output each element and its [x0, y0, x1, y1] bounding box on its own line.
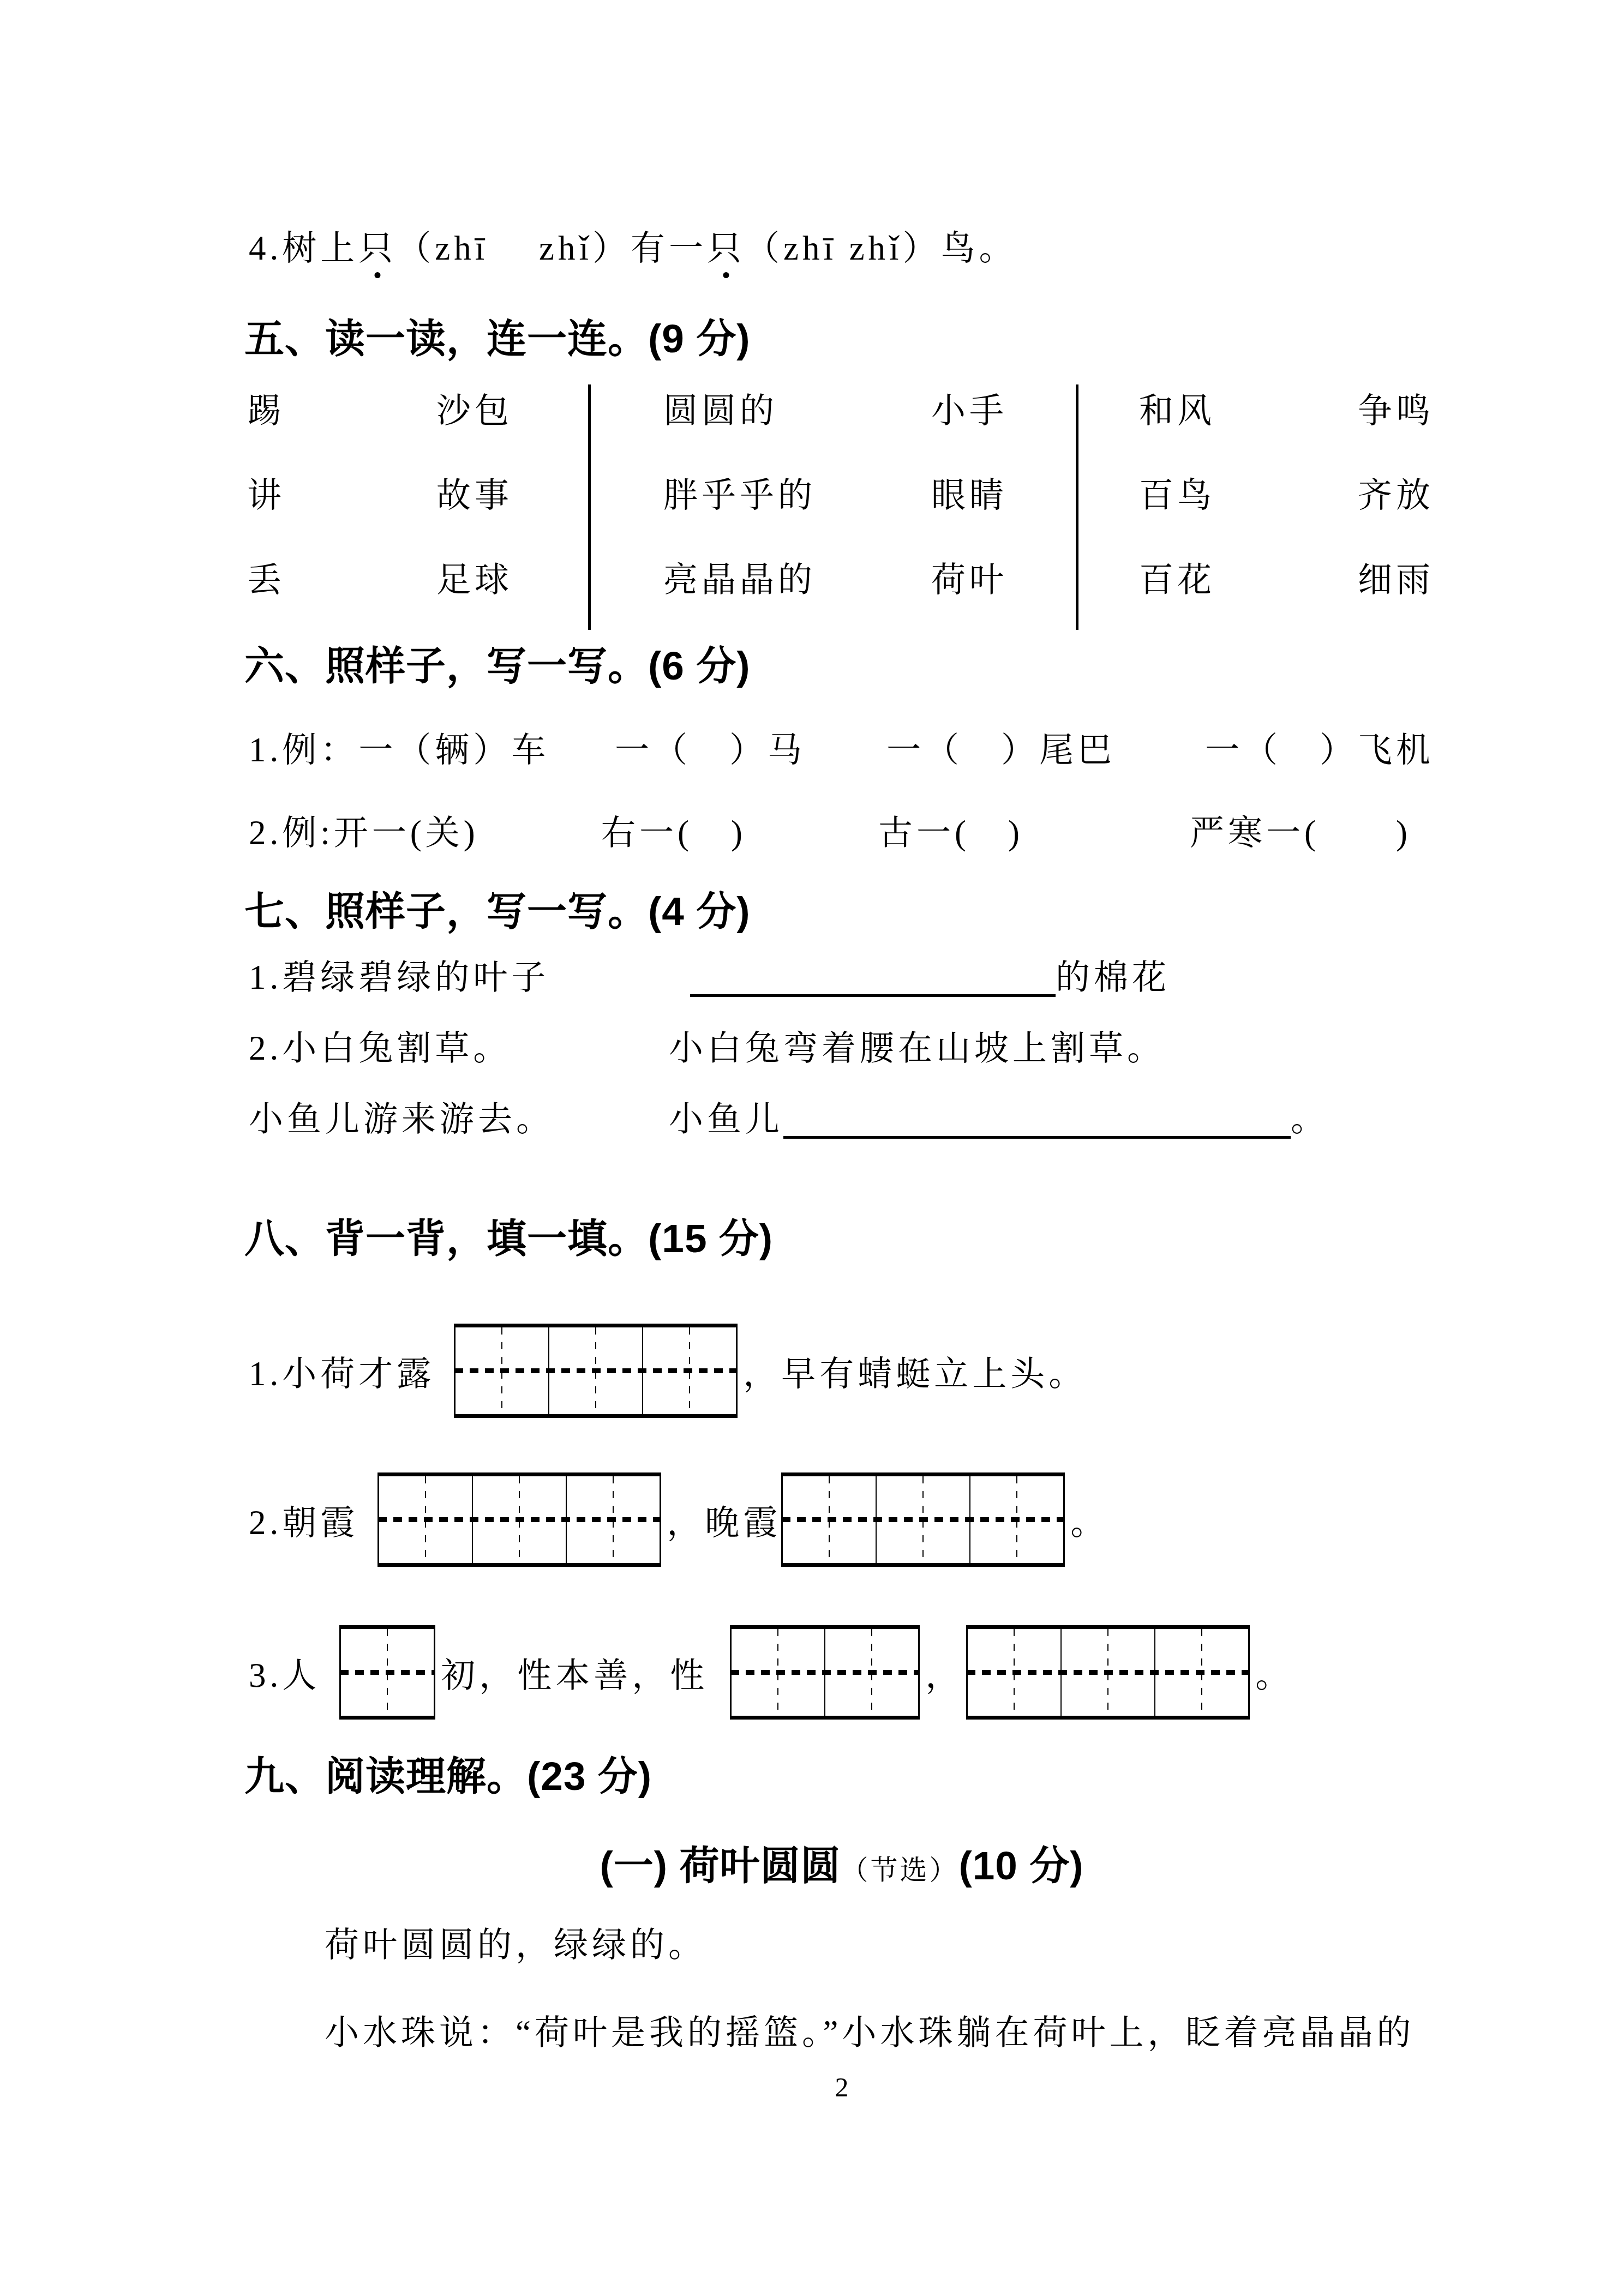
- passage-paragraph-1: 荷叶圆圆的，绿绿的。: [249, 1926, 1457, 1964]
- s6-blank-item: 一（ ）尾巴: [886, 731, 1116, 770]
- s6-blank-item: 一（ ）飞机: [1205, 731, 1434, 770]
- match-word: 百鸟: [1139, 476, 1215, 515]
- question-4-line: 4.树上只（zhī zhǐ）有一只（zhī zhǐ）鸟。: [249, 229, 1017, 268]
- match-word: 争鸣: [1358, 392, 1434, 430]
- passage-title-note: （节选）: [841, 1855, 958, 1885]
- section-8-title: 八、背一背，填一填。(15 分): [244, 1217, 773, 1261]
- match-word: 故事: [436, 476, 513, 515]
- section-6-title: 六、照样子，写一写。(6 分): [244, 645, 751, 688]
- s8-row3-prefix: 3.人: [249, 1648, 320, 1697]
- s7-row3-suffix: 。: [1291, 1100, 1329, 1138]
- writing-grid: [377, 1472, 661, 1567]
- s7-row3-prefix: 小鱼儿: [669, 1100, 783, 1138]
- passage-title-main: (一) 荷叶圆圆: [600, 1844, 841, 1888]
- writing-grid: [781, 1472, 1065, 1567]
- s8-row2-prefix: 2.朝霞: [249, 1495, 358, 1544]
- section-5-title: 五、读一读，连一连。(9 分): [244, 317, 751, 361]
- match-word: 亮晶晶的: [663, 561, 816, 599]
- s8-row1-suffix: ，早有蜻蜓立上头。: [743, 1346, 1087, 1396]
- s7-row3-left: 小鱼儿游来游去。: [249, 1100, 554, 1139]
- s6-blank-item: 严寒一( ): [1190, 814, 1411, 852]
- section-7-title: 七、照样子，写一写。(4 分): [244, 890, 751, 934]
- match-word: 小手: [931, 392, 1008, 430]
- match-word: 沙包: [436, 392, 513, 430]
- page-number: 2: [249, 2071, 1435, 2103]
- s7-row1-suffix: 的棉花: [1056, 958, 1170, 996]
- match-word: 荷叶: [931, 561, 1008, 599]
- grid-center-dashed-line: [782, 1517, 1064, 1522]
- passage-title: (一) 荷叶圆圆（节选）(10 分): [249, 1844, 1435, 1888]
- s7-row1-left: 1.碧绿碧绿的叶子: [249, 958, 549, 997]
- s6-blank-item: 一（ ）马: [615, 731, 806, 770]
- match-word: 踢: [247, 392, 285, 430]
- writing-grid: [339, 1625, 435, 1720]
- match-word: 讲: [247, 476, 285, 515]
- s7-row3-right: 小鱼儿。: [669, 1100, 1329, 1139]
- passage-paragraph-2: 小水珠说：“荷叶是我的摇篮。”小水珠躺在荷叶上，眨着亮晶晶的: [249, 2013, 1457, 2052]
- q4-emphasized-char: 只: [707, 229, 745, 267]
- match-word: 丢: [247, 561, 285, 599]
- exam-paper-page: 4.树上只（zhī zhǐ）有一只（zhī zhǐ）鸟。 五、读一读，连一连。(…: [0, 0, 1624, 2296]
- s8-row3-mid1: 初，性本善，性: [441, 1648, 708, 1697]
- s8-row2-mid: ，晚霞: [667, 1495, 781, 1544]
- grid-center-dashed-line: [340, 1670, 435, 1675]
- match-word: 圆圆的: [663, 392, 778, 430]
- section-9-title: 九、阅读理解。(23 分): [244, 1755, 652, 1799]
- q4-emphasized-char: 只: [358, 229, 397, 267]
- s7-row1-right: 的棉花: [690, 958, 1170, 997]
- match-group-divider: [588, 384, 591, 630]
- match-word: 足球: [436, 561, 513, 599]
- s8-row3-mid2: ，: [925, 1648, 963, 1697]
- match-word: 和风: [1139, 392, 1215, 430]
- grid-center-dashed-line: [378, 1517, 661, 1522]
- match-word: 胖乎乎的: [663, 476, 816, 515]
- grid-center-dashed-line: [730, 1670, 919, 1675]
- s7-row2-right: 小白兔弯着腰在山坡上割草。: [669, 1029, 1165, 1068]
- s8-row-2: 2.朝霞 ，晚霞 。: [249, 1472, 1108, 1567]
- s8-row-3: 3.人 初，性本善，性 ， 。: [249, 1625, 1293, 1720]
- match-word: 百花: [1139, 561, 1215, 599]
- match-word: 眼睛: [931, 476, 1008, 515]
- s6-example-1: 1.例：一（辆）车: [249, 731, 549, 770]
- s6-blank-item: 古一( ): [878, 814, 1023, 852]
- s8-row1-prefix: 1.小荷才露: [249, 1346, 435, 1396]
- match-word: 细雨: [1358, 561, 1434, 599]
- s7-row2-left: 2.小白兔割草。: [249, 1029, 511, 1068]
- s6-example-2: 2.例:开一(关): [249, 814, 479, 852]
- answer-blank-line: [783, 1105, 1291, 1139]
- s6-blank-item: 右一( ): [601, 814, 746, 852]
- grid-center-dashed-line: [454, 1368, 737, 1373]
- s8-row3-suffix: 。: [1255, 1648, 1293, 1697]
- match-word: 齐放: [1358, 476, 1434, 515]
- writing-grid: [966, 1625, 1250, 1720]
- q4-text-part: （zhī zhǐ）有一: [397, 229, 707, 267]
- writing-grid: [454, 1324, 738, 1418]
- writing-grid: [730, 1625, 920, 1720]
- q4-text-part: （zhī zhǐ）鸟。: [745, 229, 1017, 267]
- passage-title-score: (10 分): [958, 1844, 1083, 1888]
- s8-row2-suffix: 。: [1070, 1495, 1108, 1544]
- q4-text-part: 4.树上: [249, 229, 358, 267]
- s8-row-1: 1.小荷才露 ，早有蜻蜓立上头。: [249, 1324, 1087, 1418]
- answer-blank-line: [690, 964, 1056, 997]
- grid-center-dashed-line: [967, 1670, 1249, 1675]
- match-group-divider: [1076, 384, 1078, 630]
